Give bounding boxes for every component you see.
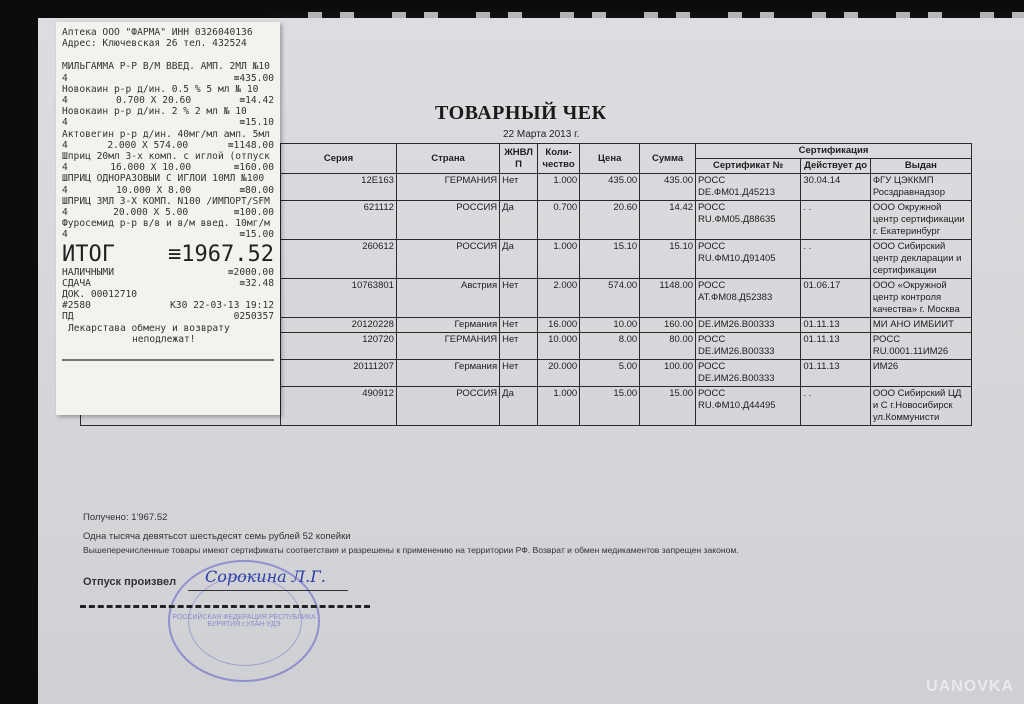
item-country: РОССИЯ <box>396 387 499 426</box>
item-valid-until: 01.11.13 <box>801 318 871 333</box>
item-quantity: 20.000 <box>538 360 580 387</box>
receipt-separator <box>62 359 274 361</box>
item-quantity: 16.000 <box>538 318 580 333</box>
header-issued-by: Выдан <box>870 159 971 174</box>
stamp-text: РОССИЙСКАЯ ФЕДЕРАЦИЯ РЕСПУБЛИКА БУРЯТИЯ … <box>170 614 318 628</box>
item-country: РОССИЯ <box>396 240 499 279</box>
item-sum: 100.00 <box>640 360 696 387</box>
receipt-item-amount: 4≡15.00 <box>62 229 274 240</box>
item-valid-until: 01.11.13 <box>801 333 871 360</box>
item-certificate: DE.ИМ26.B00333 <box>696 318 801 333</box>
header-country: Страна <box>396 144 499 174</box>
item-series: 10763801 <box>281 279 397 318</box>
header-price: Цена <box>580 144 640 174</box>
receipt-cash: НАЛИЧНЫМИ ≡2000.00 <box>62 267 274 278</box>
cash-receipt: Аптека ООО "ФАРМА" ИНН 0326040136 Адрес:… <box>56 22 280 415</box>
item-quantity: 1.000 <box>538 174 580 201</box>
item-valid-until: 01.11.13 <box>801 360 871 387</box>
header-quantity: Коли- чество <box>538 144 580 174</box>
item-issued-by: МИ АНО ИМБИИТ <box>870 318 971 333</box>
item-sum: 1148.00 <box>640 279 696 318</box>
item-issued-by: ООО Сибирский ЦД и С г.Новосибирск ул.Ко… <box>870 387 971 426</box>
item-price: 10.00 <box>580 318 640 333</box>
item-certificate: РОСС DE.ИМ26.B00333 <box>696 333 801 360</box>
item-certificate: РОСС DE.ИМ26.B00333 <box>696 360 801 387</box>
header-zhnvlp: ЖНВЛ П <box>500 144 538 174</box>
receipt-item-name: Шприц 20мл 3-х комп. с иглой (отпуск <box>62 151 274 162</box>
receipt-item-amount: 416.000 X 10.00≡160.00 <box>62 162 274 173</box>
received-amount: Получено: 1'967.52 <box>83 512 167 523</box>
receipt-total-label: ИТОГ <box>62 243 115 267</box>
receipt-total: ИТОГ ≡1967.52 <box>62 243 274 267</box>
item-quantity: 1.000 <box>538 387 580 426</box>
header-sum: Сумма <box>640 144 696 174</box>
dashed-line <box>80 605 370 608</box>
item-country: РОССИЯ <box>396 201 499 240</box>
item-zhnvlp: Нет <box>500 279 538 318</box>
receipt-header-line: Аптека ООО "ФАРМА" ИНН 0326040136 <box>62 27 274 38</box>
item-zhnvlp: Нет <box>500 333 538 360</box>
item-certificate: РОСС RU.ФМ10.Д44495 <box>696 387 801 426</box>
receipt-item-name: Новокаин р-р д/ин. 0.5 % 5 мл № 10 <box>62 84 274 95</box>
receipt-item-amount: 4≡15.10 <box>62 117 274 128</box>
item-price: 15.10 <box>580 240 640 279</box>
item-issued-by: ФГУ ЦЭККМП Росздравнадзор <box>870 174 971 201</box>
item-price: 435.00 <box>580 174 640 201</box>
item-certificate: РОСС AT.ФМ08.Д52383 <box>696 279 801 318</box>
receipt-items: МИЛЬГАММА Р-Р В/М ВВЕД. АМП. 2МЛ №104≡43… <box>62 61 274 240</box>
receipt-doc-number: ДОК. 00012710 <box>62 289 274 300</box>
item-zhnvlp: Нет <box>500 318 538 333</box>
disclaimer: Вышеперечисленные товары имеют сертифика… <box>83 545 739 555</box>
item-price: 15.00 <box>580 387 640 426</box>
item-country: ГЕРМАНИЯ <box>396 174 499 201</box>
receipt-item-amount: 42.000 X 574.00≡1148.00 <box>62 140 274 151</box>
receipt-item-name: ШПРИЦ 3МЛ 3-Х КОМП. N100 /ИМПОРТ/SFM <box>62 196 274 207</box>
item-country: Германия <box>396 360 499 387</box>
item-valid-until: . . <box>801 201 871 240</box>
item-price: 20.60 <box>580 201 640 240</box>
item-sum: 14.42 <box>640 201 696 240</box>
item-quantity: 1.000 <box>538 240 580 279</box>
item-valid-until: . . <box>801 240 871 279</box>
receipt-item-name: Фуросемид р-р в/в и в/м введ. 10мг/м <box>62 218 274 229</box>
receipt-item-name: Актовегин р-р д/ин. 40мг/мл амп. 5мл <box>62 129 274 140</box>
item-price: 574.00 <box>580 279 640 318</box>
receipt-item-amount: 410.000 X 8.00≡80.00 <box>62 185 274 196</box>
receipt-check-info: #2580 К30 22-03-13 19:12 <box>62 300 274 311</box>
signature-line <box>188 590 348 591</box>
item-series: 260612 <box>281 240 397 279</box>
item-issued-by: ООО Сибирский центр декларации и сертифи… <box>870 240 971 279</box>
item-issued-by: ИМ26 <box>870 360 971 387</box>
receipt-item-name: МИЛЬГАММА Р-Р В/М ВВЕД. АМП. 2МЛ №10 <box>62 61 274 72</box>
receipt-item-amount: 420.000 X 5.00≡100.00 <box>62 207 274 218</box>
item-sum: 80.00 <box>640 333 696 360</box>
item-quantity: 10.000 <box>538 333 580 360</box>
receipt-notice: неподлежат! <box>62 334 274 345</box>
receipt-item-name: ШПРИЦ ОДНОРАЗОВЫЙ С ИГЛОЙ 10МЛ №100 <box>62 173 274 184</box>
watermark-logo: UANOVKA <box>926 678 1014 696</box>
item-zhnvlp: Нет <box>500 174 538 201</box>
item-issued-by: ООО «Окружной центр контроля качества» г… <box>870 279 971 318</box>
item-sum: 435.00 <box>640 174 696 201</box>
receipt-change: СДАЧА ≡32.48 <box>62 278 274 289</box>
item-quantity: 0.700 <box>538 201 580 240</box>
item-certificate: РОСС RU.ФМ10.Д91405 <box>696 240 801 279</box>
header-certification: Сертификация <box>696 144 972 159</box>
item-price: 5.00 <box>580 360 640 387</box>
item-sum: 160.00 <box>640 318 696 333</box>
item-issued-by: РОСС RU.0001.11ИМ26 <box>870 333 971 360</box>
item-certificate: РОСС RU.ФМ05.Д88635 <box>696 201 801 240</box>
receipt-fiscal: ПД 0250357 <box>62 311 274 322</box>
document-date: 22 Марта 2013 г. <box>503 129 579 140</box>
item-country: Австрия <box>396 279 499 318</box>
item-zhnvlp: Да <box>500 240 538 279</box>
receipt-header-line: Адрес: Ключевская 26 тел. 432524 <box>62 38 274 49</box>
signature: Сорокина Л.Г. <box>205 567 326 586</box>
item-zhnvlp: Да <box>500 387 538 426</box>
item-series: 120720 <box>281 333 397 360</box>
item-series: 20120228 <box>281 318 397 333</box>
header-certificate-no: Сертификат № <box>696 159 801 174</box>
item-series: 12E163 <box>281 174 397 201</box>
item-issued-by: ООО Окружной центр сертификации г. Екате… <box>870 201 971 240</box>
item-valid-until: . . <box>801 387 871 426</box>
released-by-label: Отпуск произвел <box>83 576 176 588</box>
item-valid-until: 01.06.17 <box>801 279 871 318</box>
item-series: 20111207 <box>281 360 397 387</box>
item-country: Германия <box>396 318 499 333</box>
item-certificate: РОСС DE.ФМ01.Д45213 <box>696 174 801 201</box>
item-price: 8.00 <box>580 333 640 360</box>
amount-in-words: Одна тысяча девятьсот шестьдесят семь ру… <box>83 531 351 542</box>
item-quantity: 2.000 <box>538 279 580 318</box>
receipt-item-amount: 40.700 X 20.60≡14.42 <box>62 95 274 106</box>
item-zhnvlp: Да <box>500 201 538 240</box>
receipt-notice: Лекарстава обмену и возврату <box>62 323 274 334</box>
header-valid-until: Действует до <box>801 159 871 174</box>
receipt-item-amount: 4≡435.00 <box>62 73 274 84</box>
header-series: Серия <box>281 144 397 174</box>
document-title: ТОВАРНЫЙ ЧЕК <box>435 102 607 125</box>
receipt-total-value: ≡1967.52 <box>168 243 274 267</box>
item-country: ГЕРМАНИЯ <box>396 333 499 360</box>
item-sum: 15.00 <box>640 387 696 426</box>
item-valid-until: 30.04.14 <box>801 174 871 201</box>
receipt-item-name: Новокаин р-р д/ин. 2 % 2 мл № 10 <box>62 106 274 117</box>
item-zhnvlp: Нет <box>500 360 538 387</box>
item-series: 490912 <box>281 387 397 426</box>
item-series: 621112 <box>281 201 397 240</box>
item-sum: 15.10 <box>640 240 696 279</box>
